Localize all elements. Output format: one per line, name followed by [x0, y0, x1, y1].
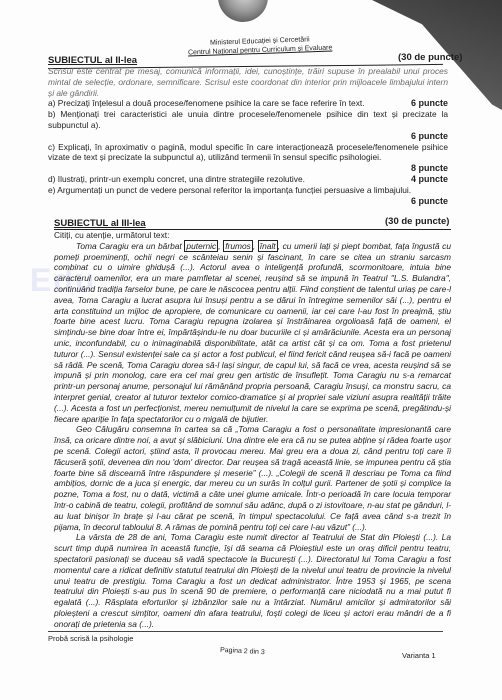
question-b-points: 6 puncte [48, 131, 448, 142]
question-d-text: d) Ilustrați, printr-un exemplu concret,… [48, 174, 305, 184]
subject-3-body: Citiți, cu atenție, următorul text: Toma… [54, 230, 451, 629]
question-c-text: c) Explicați, în aproximativ o pagină, m… [48, 142, 448, 163]
text-paragraph-2: Geo Călugăru consemna în cartea sa că „T… [54, 424, 451, 532]
footer-rule [48, 631, 443, 632]
question-d-points: 4 puncte [411, 174, 448, 185]
question-b: b) Menționați trei caracteristici ale un… [48, 109, 448, 131]
ministry-header: Ministerul Educației și Cercetării Centr… [160, 34, 361, 59]
highlighted-word: frumos [223, 240, 253, 252]
question-a-points: 6 puncte [411, 98, 448, 109]
exam-page: Edu Ministerul Educației și Cercetării C… [0, 0, 502, 700]
paragraph-1-start: Toma Caragiu era un bărbat [76, 241, 184, 251]
text-paragraph-3: La vârsta de 28 de ani, Toma Caragiu est… [54, 532, 451, 629]
question-e-points: 6 puncte [48, 196, 448, 207]
question-a-text: a) Precizați înțelesul a două procese/fe… [48, 98, 365, 108]
text-paragraph-1: Toma Caragiu era un bărbat puternic, fru… [54, 241, 451, 425]
paragraph-1-rest: , cu umerii lați și piept bombat, fața î… [54, 241, 451, 424]
subject-3-points: (30 de puncte) [385, 216, 449, 227]
subject-2-intro: Scrisul este centrat pe mesaj, comunică … [48, 66, 448, 98]
question-c-points: 8 puncte [48, 163, 448, 174]
subject-2-title: SUBIECTUL al II-lea [48, 55, 137, 66]
question-b-text: b) Menționați trei caracteristici ale un… [48, 109, 448, 130]
thumb-photo-artifact [211, 0, 275, 29]
question-d: 4 puncte d) Ilustrați, printr-un exemplu… [48, 174, 448, 185]
footer-variant: Varianta 1 [402, 651, 436, 660]
highlighted-word: puternic [184, 240, 218, 252]
subject-3-title: SUBIECTUL al III-lea [54, 218, 146, 229]
subject-2-body: Scrisul este centrat pe mesaj, comunică … [48, 66, 448, 206]
footer-exam-name: Probă scrisă la psihologie [48, 634, 133, 643]
footer-page-number: Pagina 2 din 3 [220, 647, 265, 656]
question-c: c) Explicați, în aproximativ o pagină, m… [48, 142, 448, 164]
question-e-text: e) Argumentați un punct de vedere person… [48, 185, 411, 195]
question-e: e) Argumentați un punct de vedere person… [48, 185, 448, 196]
question-a: 6 puncte a) Precizați înțelesul a două p… [48, 98, 448, 109]
highlighted-word: înalt [258, 240, 278, 252]
subject-2-points: (30 de puncte) [398, 52, 462, 63]
